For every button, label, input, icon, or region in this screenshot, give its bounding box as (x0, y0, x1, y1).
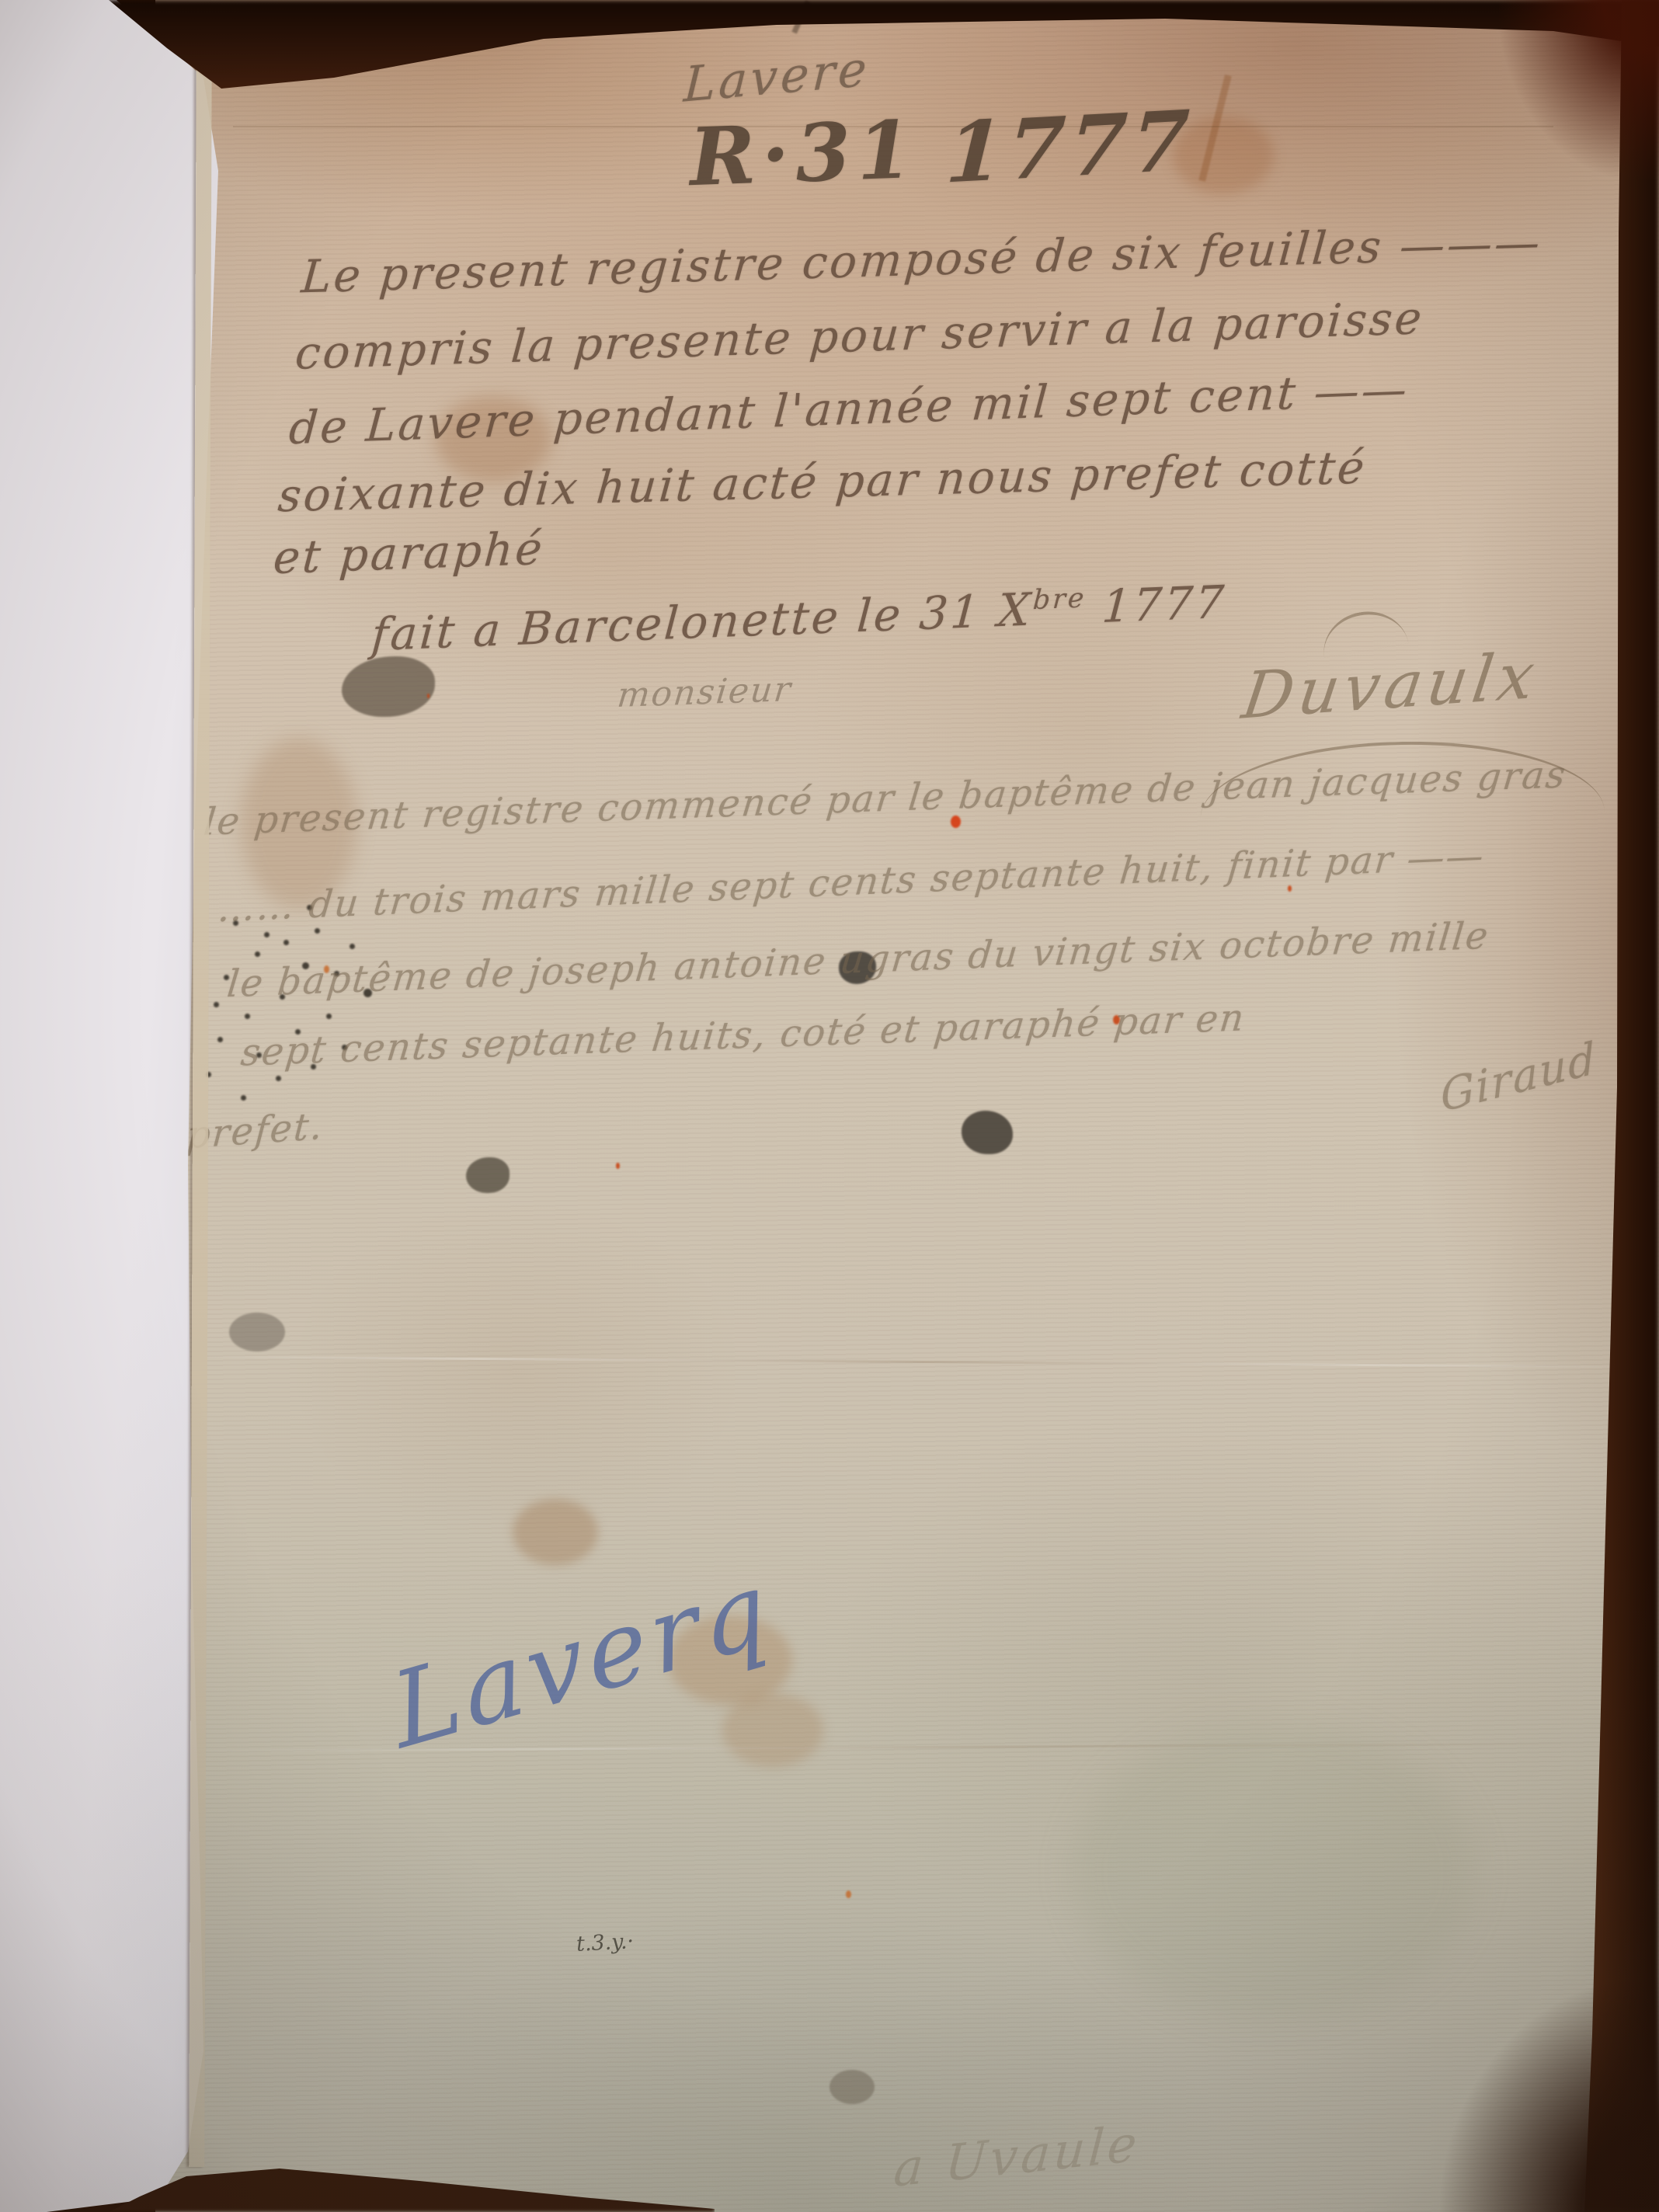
ink-blot (962, 1111, 1013, 1154)
ink-blot (829, 2070, 875, 2104)
ink-smudge (229, 1313, 285, 1351)
pencil-micro-marks: t.3.y.· (576, 1929, 635, 1956)
date-year: 1777 (1083, 576, 1227, 634)
photo-of-parish-register-title-page: { "page": { "folio_mark": "ge 1", "title… (0, 0, 1659, 2212)
ink-blot (466, 1157, 510, 1193)
note-heading: monsieur (615, 670, 794, 715)
declaration-line: et paraphé (272, 522, 546, 584)
register-year: 1777 (944, 91, 1196, 201)
register-code: R·31 (688, 103, 920, 204)
date-superscript: bre (1032, 583, 1087, 616)
